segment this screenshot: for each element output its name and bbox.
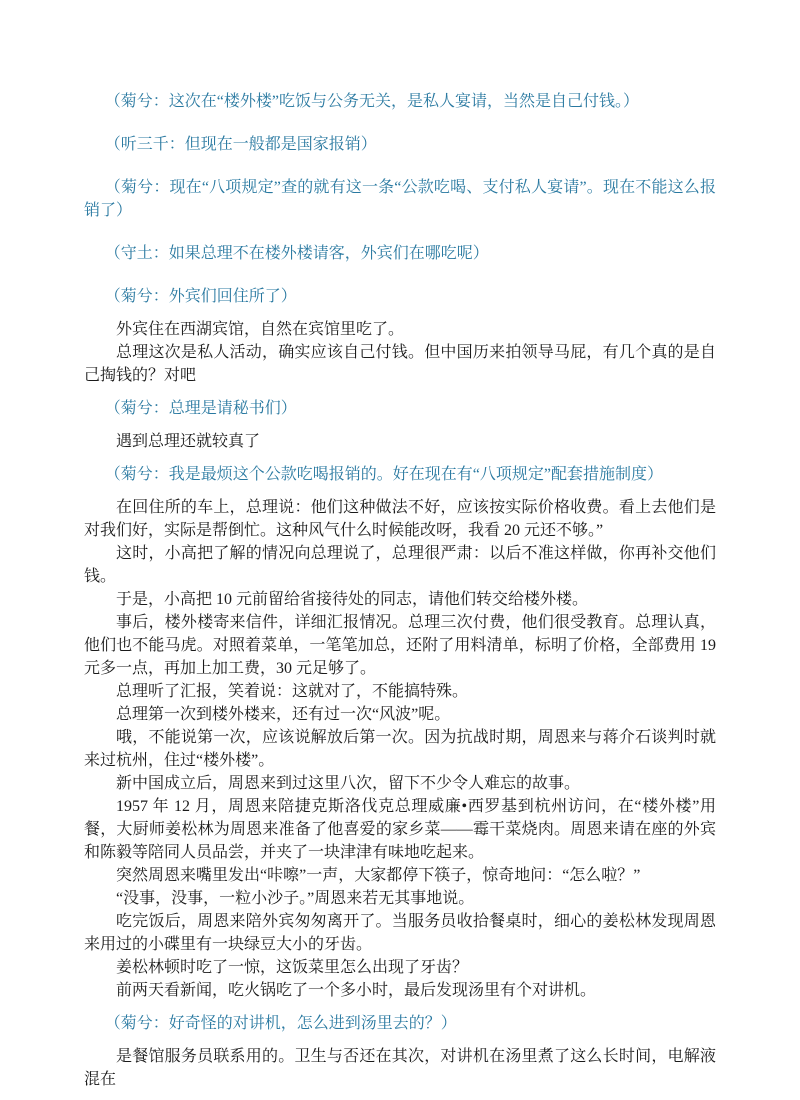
paragraph-body: 吃完饭后，周恩来陪外宾匆匆离开了。当服务员收拾餐桌时，细心的姜松林发现周恩来用过…: [84, 910, 716, 956]
paragraph-body: 是餐馆服务员联系用的。卫生与否还在其次，对讲机在汤里煮了这么长时间，电解液混在: [84, 1045, 716, 1091]
paragraph-body: 突然周恩来嘴里发出“咔嚓”一声，大家都停下筷子，惊奇地问：“怎么啦？”: [84, 864, 716, 887]
paragraph-body: 新中国成立后，周恩来到过这里八次，留下不少令人难忘的故事。: [84, 772, 716, 795]
paragraph-dialogue: （菊兮：好奇怪的对讲机，怎么进到汤里去的？）: [84, 1002, 716, 1045]
document-page: （菊兮：这次在“楼外楼”吃饭与公务无关，是私人宴请，当然是自己付钱。）（听三千：…: [0, 0, 800, 1100]
paragraph-dialogue: （菊兮：总理是请秘书们）: [84, 387, 716, 430]
paragraph-dialogue: （菊兮：我是最烦这个公款吃喝报销的。好在现在有“八项规定”配套措施制度）: [84, 453, 716, 496]
paragraph-body: 姜松林顿时吃了一惊，这饭菜里怎么出现了牙齿？: [84, 956, 716, 979]
paragraph-dialogue: （菊兮：这次在“楼外楼”吃饭与公务无关，是私人宴请，当然是自己付钱。）: [84, 80, 716, 123]
paragraph-body: 遇到总理还就较真了: [84, 430, 716, 453]
paragraph-dialogue: （菊兮：外宾们回住所了）: [84, 275, 716, 318]
paragraph-body: 总理这次是私人活动，确实应该自己付钱。但中国历来拍领导马屁，有几个真的是自己掏钱…: [84, 341, 716, 387]
paragraph-dialogue: （守土：如果总理不在楼外楼请客，外宾们在哪吃呢）: [84, 232, 716, 275]
paragraph-body: 外宾住在西湖宾馆，自然在宾馆里吃了。: [84, 318, 716, 341]
paragraph-body: 在回住所的车上，总理说：他们这种做法不好，应该按实际价格收费。看上去他们是对我们…: [84, 496, 716, 542]
paragraph-body: 总理第一次到楼外楼来，还有过一次“风波”呢。: [84, 703, 716, 726]
paragraph-body: 事后，楼外楼寄来信件，详细汇报情况。总理三次付费，他们很受教育。总理认真，他们也…: [84, 611, 716, 680]
paragraph-dialogue: （听三千：但现在一般都是国家报销）: [84, 123, 716, 166]
paragraph-dialogue: （菊兮：现在“八项规定”查的就有这一条“公款吃喝、支付私人宴请”。现在不能这么报…: [84, 166, 716, 232]
paragraph-body: 于是，小高把 10 元前留给省接待处的同志，请他们转交给楼外楼。: [84, 588, 716, 611]
paragraph-body: 前两天看新闻，吃火锅吃了一个多小时，最后发现汤里有个对讲机。: [84, 979, 716, 1002]
paragraph-body: 哦，不能说第一次，应该说解放后第一次。因为抗战时期，周恩来与蒋介石谈判时就来过杭…: [84, 726, 716, 772]
paragraph-body: 这时，小高把了解的情况向总理说了，总理很严肃：以后不准这样做，你再补交他们钱。: [84, 542, 716, 588]
paragraph-body: “没事，没事，一粒小沙子。”周恩来若无其事地说。: [84, 887, 716, 910]
document-body: （菊兮：这次在“楼外楼”吃饭与公务无关，是私人宴请，当然是自己付钱。）（听三千：…: [84, 80, 716, 1091]
paragraph-body: 总理听了汇报，笑着说：这就对了，不能搞特殊。: [84, 680, 716, 703]
paragraph-body: 1957 年 12 月，周恩来陪捷克斯洛伐克总理威廉•西罗基到杭州访问，在“楼外…: [84, 795, 716, 864]
